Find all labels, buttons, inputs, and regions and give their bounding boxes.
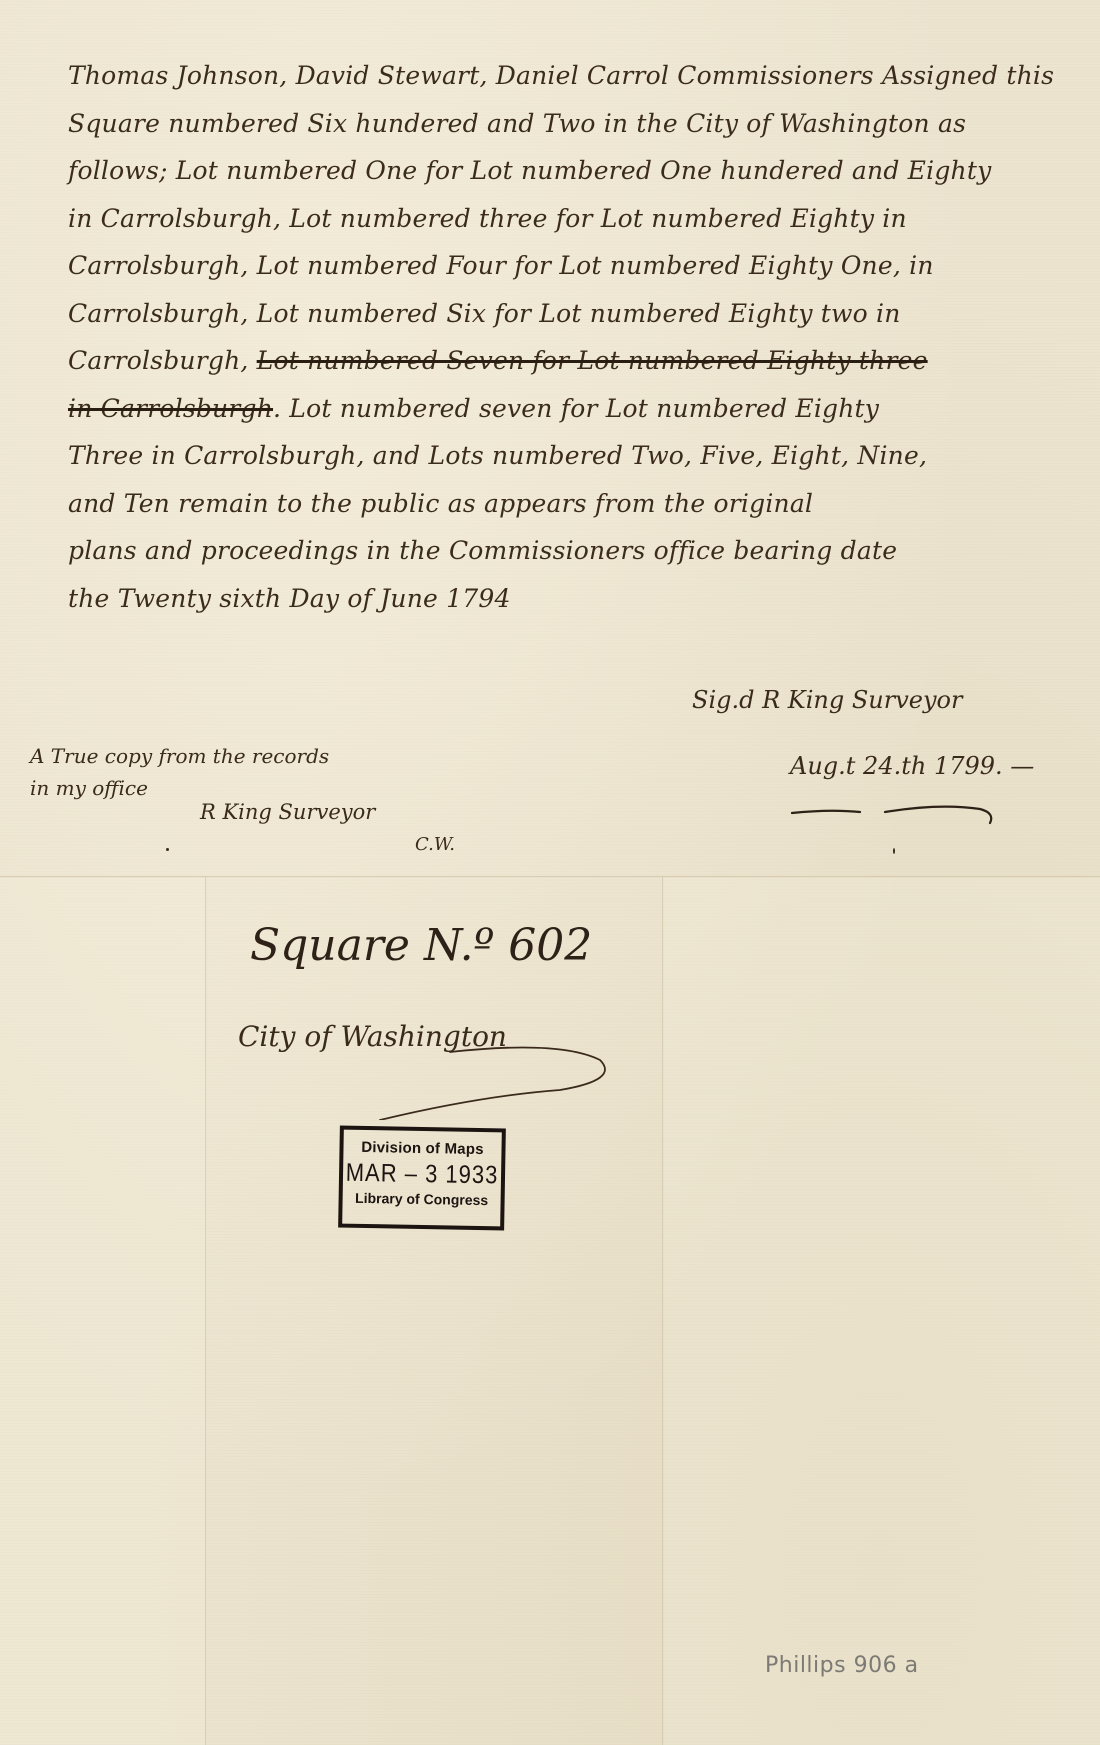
- line-prefix: Carrolsburgh,: [68, 346, 257, 375]
- horizontal-fold-line: [0, 876, 1100, 878]
- copy-signature: R King Surveyor: [200, 800, 375, 824]
- copy-certification-note: A True copy from the records in my offic…: [30, 740, 329, 804]
- struck-text: in Carrolsburgh: [68, 394, 273, 423]
- vertical-fold-line-left: [205, 877, 207, 1745]
- library-stamp: Division of Maps MAR – 3 1933 Library of…: [338, 1126, 506, 1231]
- signature-flourish: [790, 795, 995, 825]
- line-rest: . Lot numbered seven for Lot numbered Ei…: [273, 394, 879, 423]
- text-line-with-deletion: Carrolsburgh, Lot numbered Seven for Lot…: [68, 337, 1068, 385]
- ink-mark: [893, 848, 895, 854]
- ink-dot: [166, 848, 169, 851]
- fold-panel-right: [664, 878, 1100, 1745]
- text-line: in Carrolsburgh, Lot numbered three for …: [68, 195, 1068, 243]
- text-line: the Twenty sixth Day of June 1794: [68, 575, 1068, 623]
- vertical-fold-line-right: [662, 877, 664, 1745]
- pencil-catalog-note: Phillips 906 a: [765, 1653, 919, 1678]
- signature-date: Aug.t 24.th 1799. —: [790, 752, 1034, 780]
- text-line: and Ten remain to the public as appears …: [68, 480, 1068, 528]
- surveyor-signature: Sig.d R King Surveyor: [692, 686, 962, 714]
- stamp-date: MAR – 3 1933: [343, 1158, 501, 1191]
- endorsement-title: Square N.º 602: [250, 920, 592, 971]
- text-line: plans and proceedings in the Commissione…: [68, 527, 1068, 575]
- stamp-library: Library of Congress: [343, 1190, 501, 1209]
- text-line: Three in Carrolsburgh, and Lots numbered…: [68, 432, 1068, 480]
- copy-note-line-1: A True copy from the records: [30, 740, 329, 772]
- manuscript-page: Thomas Johnson, David Stewart, Daniel Ca…: [0, 0, 1100, 1745]
- text-line: Carrolsburgh, Lot numbered Six for Lot n…: [68, 290, 1068, 338]
- text-line: Carrolsburgh, Lot numbered Four for Lot …: [68, 242, 1068, 290]
- text-line: Thomas Johnson, David Stewart, Daniel Ca…: [68, 52, 1068, 100]
- endorsement-swash: [360, 1030, 620, 1120]
- main-text-block: Thomas Johnson, David Stewart, Daniel Ca…: [68, 52, 1068, 622]
- struck-text: Lot numbered Seven for Lot numbered Eigh…: [257, 346, 928, 375]
- copy-initials: C.W.: [415, 834, 455, 855]
- text-line: Square numbered Six hundered and Two in …: [68, 100, 1068, 148]
- text-line: follows; Lot numbered One for Lot number…: [68, 147, 1068, 195]
- fold-panel-left: [0, 878, 205, 1745]
- stamp-division: Division of Maps: [343, 1139, 501, 1159]
- text-line-with-deletion: in Carrolsburgh. Lot numbered seven for …: [68, 385, 1068, 433]
